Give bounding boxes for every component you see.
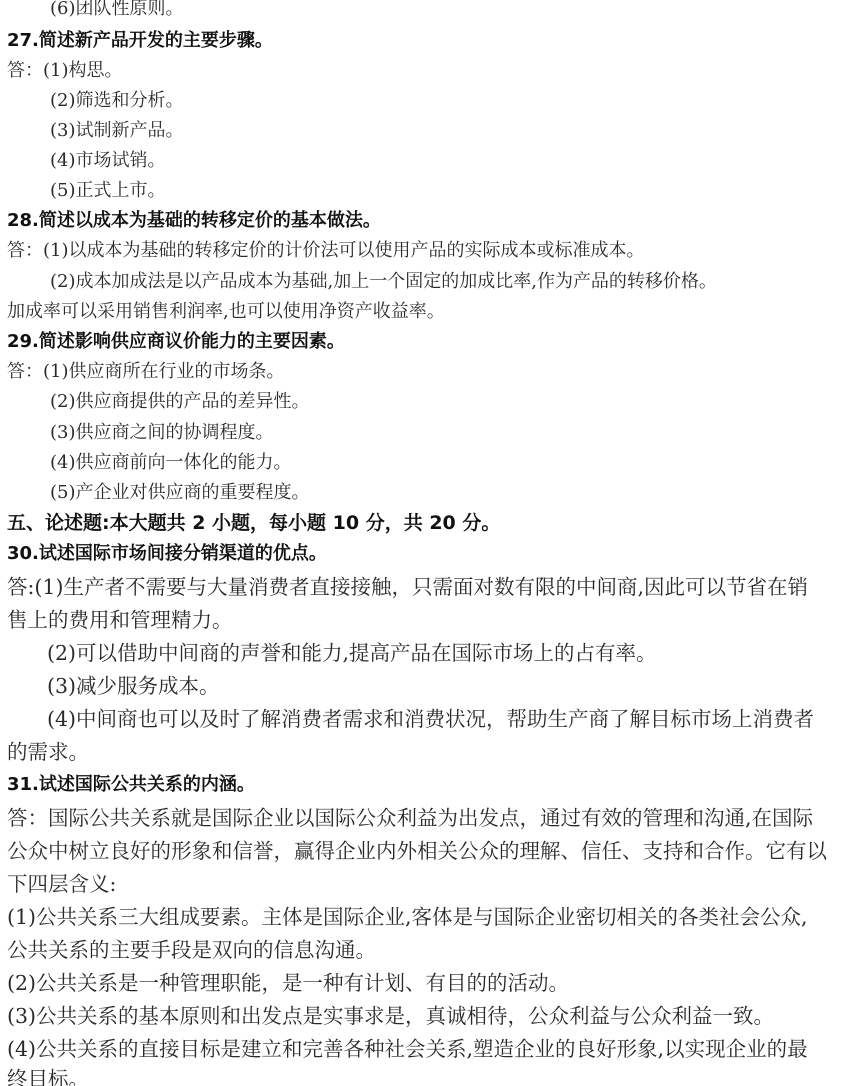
question-30-heading: 30.试述国际市场间接分销渠道的优点。 bbox=[7, 543, 327, 565]
answer-item: (4)供应商前向一体化的能力。 bbox=[50, 452, 292, 474]
answer-item: (5)正式上市。 bbox=[50, 180, 166, 202]
answer-item: (3)试制新产品。 bbox=[50, 120, 184, 142]
answer-item: (2)公共关系是一种管理职能，是一种有计划、有目的的活动。 bbox=[7, 970, 569, 996]
answer-text: 终目标。 bbox=[7, 1066, 89, 1086]
answer-item: (2)成本加成法是以产品成本为基础,加上一个固定的加成比率,作为产品的转移价格。 bbox=[50, 271, 717, 293]
section-5-heading: 五、论述题:本大题共 2 小题，每小题 10 分，共 20 分。 bbox=[7, 512, 500, 534]
answer-text: 公共关系的主要手段是双向的信息沟通。 bbox=[7, 937, 376, 963]
answer-item: (4)市场试销。 bbox=[50, 150, 166, 172]
answer-item: (3)公共关系的基本原则和出发点是实事求是，真诚相待，公众利益与公众利益一致。 bbox=[7, 1003, 774, 1029]
answer-item: (2)可以借助中间商的声誉和能力,提高产品在国际市场上的占有率。 bbox=[47, 640, 657, 666]
answer-item: (2)筛选和分析。 bbox=[50, 90, 184, 112]
answer-item: (2)供应商提供的产品的差异性。 bbox=[50, 391, 310, 413]
question-31-heading: 31.试述国际公共关系的内涵。 bbox=[7, 774, 255, 796]
answer-item: 答：(1)构思。 bbox=[7, 60, 123, 82]
answer-item: 答：(1)供应商所在行业的市场条。 bbox=[7, 361, 285, 383]
answer-item: (4)公共关系的直接目标是建立和完善各种社会关系,塑造企业的良好形象,以实现企业… bbox=[7, 1036, 808, 1062]
question-29-heading: 29.简述影响供应商议价能力的主要因素。 bbox=[7, 331, 345, 353]
answer-item: (1)公共关系三大组成要素。主体是国际企业,客体是与国际企业密切相关的各类社会公… bbox=[7, 904, 808, 930]
answer-text: 加成率可以采用销售利润率,也可以使用净资产收益率。 bbox=[7, 301, 445, 323]
answer-text: 公众中树立良好的形象和信誉，赢得企业内外相关公众的理解、信任、支持和合作。它有以 bbox=[7, 838, 827, 864]
answer-text: 售上的费用和管理精力。 bbox=[7, 607, 233, 633]
answer-item: (3)供应商之间的协调程度。 bbox=[50, 422, 274, 444]
answer-item: (4)中间商也可以及时了解消费者需求和消费状况，帮助生产商了解目标市场上消费者 bbox=[47, 706, 814, 732]
answer-item: 答：(1)以成本为基础的转移定价的计价法可以使用产品的实际成本或标准成本。 bbox=[7, 240, 645, 262]
answer-item: (3)减少服务成本。 bbox=[47, 673, 220, 699]
answer-text: 的需求。 bbox=[7, 739, 89, 765]
question-27-heading: 27.简述新产品开发的主要步骤。 bbox=[7, 30, 273, 52]
answer-text: 答:(1)生产者不需要与大量消费者直接接触，只需面对数有限的中间商,因此可以节省… bbox=[7, 574, 808, 600]
question-28-heading: 28.简述以成本为基础的转移定价的基本做法。 bbox=[7, 210, 381, 232]
answer-text: 答：国际公共关系就是国际企业以国际公众利益为出发点，通过有效的管理和沟通,在国际 bbox=[7, 805, 813, 831]
answer-item: (6)团队性原则。 bbox=[50, 0, 184, 20]
answer-text: 下四层含义: bbox=[7, 871, 116, 897]
answer-item: (5)产企业对供应商的重要程度。 bbox=[50, 482, 310, 504]
